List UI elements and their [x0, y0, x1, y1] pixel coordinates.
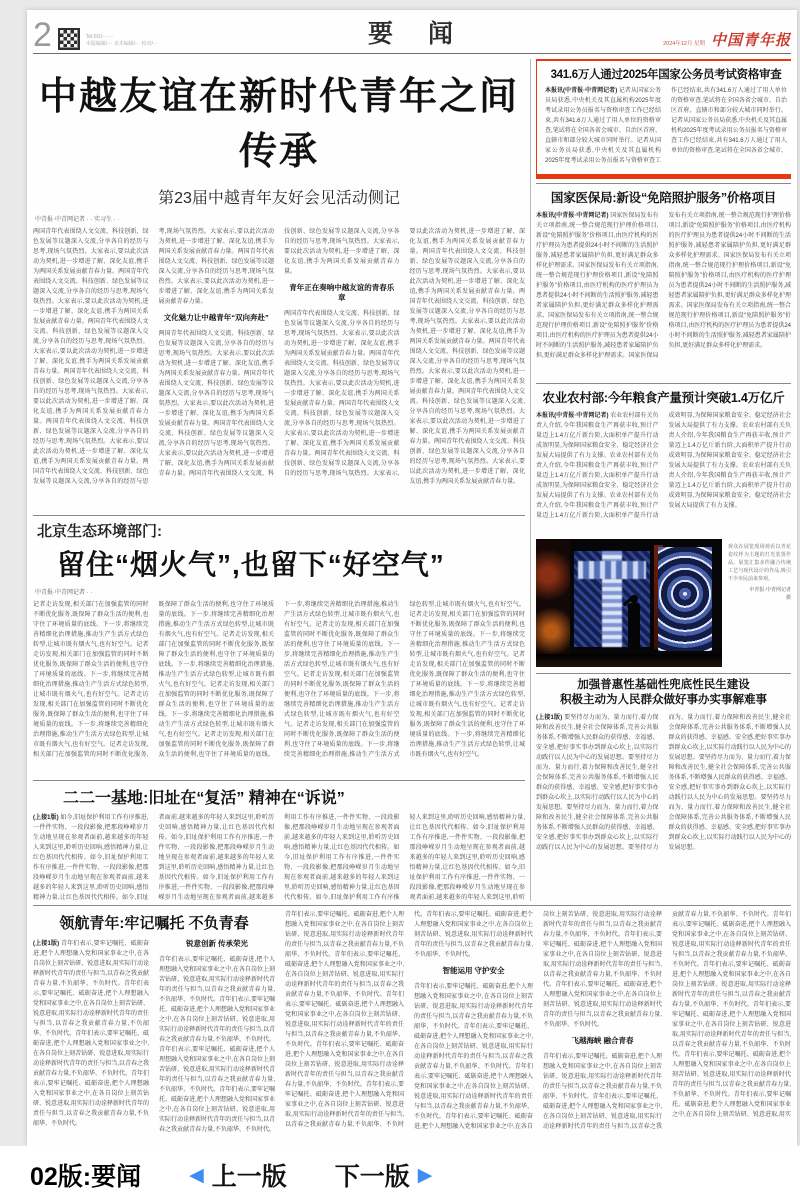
article-plant: 二二一基地:旧址在“复活” 精神在“诉说” (上接1版) 如今,旧址保护利用工作…	[33, 785, 525, 901]
left-zone: 中越友谊在新时代青年之间传承 第23届中越青年友好会见活动侧记 中青报·中青网记…	[33, 59, 525, 901]
continuation-lead-tag: (上接1版)	[536, 715, 562, 721]
newspaper-page: 2 Tel:010-······ 本版编辑/··· 美术编辑/··· 校对/··…	[27, 10, 797, 1146]
newspaper-logo: 中国青年报	[711, 29, 791, 50]
footer-page-label: 02版:要闻	[30, 1157, 141, 1193]
air-byline: 中青报·中青网记者 · ·	[35, 587, 525, 596]
divider-full	[33, 905, 791, 906]
divider	[33, 515, 525, 516]
continuation-headline-line2: 积极主动为人民群众做好事办实事解难事	[536, 693, 791, 708]
masthead-phone: Tel:010-······	[86, 34, 158, 41]
red-highlight-box: 341.6万人通过2025年国家公务员考试资格审查 本报讯(中青报·中青网记者)…	[536, 59, 791, 179]
main-subheadline: 第23届中越青年友好会见活动侧记	[33, 185, 525, 208]
page-number: 2	[33, 20, 52, 50]
main-headline: 中越友谊在新时代青年之间传承	[33, 65, 525, 175]
masthead-right: 2024年12月 星期 中国青年报	[663, 29, 791, 50]
air-headline: 留住“烟火气”,也留下“好空气”	[57, 543, 525, 583]
medical-dateline: 本报讯(中青报·中青网记者)	[536, 213, 609, 219]
article-continuation: 加强普惠性基础性兜底性民生建设 积极主动为人民群众做好事办实事解难事 (上接1版…	[536, 678, 791, 891]
article-air: 北京生态环境部门: 留住“烟火气”,也留下“好空气” 中青报·中青网记者 · ·…	[33, 520, 525, 776]
masthead-credits: Tel:010-······ 本版编辑/··· 美术编辑/··· 校对/···	[86, 34, 158, 48]
photo-caption: 观众在展览现场观看以青花瓷纹样为主题的灯光装置作品。展览汇集多件融合传统工艺与现…	[728, 539, 791, 669]
divider	[536, 383, 791, 384]
air-body: 记者走访发现,相关部门在加强监管的同时不断优化服务,既保障了群众生活的便利,也守…	[33, 600, 525, 776]
photo-visitor-silhouette	[628, 603, 640, 653]
bottom-crosshead-right: 飞越海峡 融合青春	[547, 1036, 658, 1046]
medical-body: 本报讯(中青报·中青网记者) 国家医保局发布有关立项指南,统一整合规范现行护理价…	[536, 211, 791, 379]
medical-headline: 国家医保局:新设“免陪照护服务”价格项目	[536, 188, 791, 206]
exam-dateline: 本报讯(中青报·中青网记者)	[545, 88, 617, 94]
main-crosshead-1: 文化魅力让中越青年“双向奔赴”	[163, 313, 271, 323]
exam-body: 本报讯(中青报·中青网记者) 记者从国家公务员局获悉,中央机关及其直属机构202…	[545, 86, 787, 170]
article-grain: 农业农村部:今年粮食产量预计突破1.4万亿斤 本报讯(中青报·中青网记者) 农业…	[536, 388, 791, 533]
air-kicker: 北京生态环境部门:	[37, 520, 525, 541]
plant-body: (上接1版) 如今,旧址保护利用工作有序推进,一件件实物、一段段影像,把那段峥嵘…	[33, 813, 525, 901]
bottom-body-left: (上接1版) 青年们表示,要牢记嘱托、砥砺奋进,把个人理想融入党和国家事业之中,…	[33, 939, 275, 1135]
main-byline: 中青报·中青网记者 · · 实习生 · ·	[35, 214, 525, 223]
bottom-headline: 领航青年:牢记嘱托 不负青春	[33, 912, 275, 933]
photo-kaleidoscope-panel	[658, 547, 712, 651]
next-page-text[interactable]: 下一版	[335, 1157, 410, 1193]
divider	[536, 183, 791, 184]
main-crosshead-2: 青年正在奏响中越友谊的青春乐章	[288, 283, 396, 303]
continuation-headline-line1: 加强普惠性基础性兜底性民生建设	[536, 678, 791, 693]
qr-code-icon	[58, 28, 80, 50]
article-main: 中越友谊在新时代青年之间传承 第23届中越青年友好会见活动侧记 中青报·中青网记…	[33, 65, 525, 511]
exam-headline: 341.6万人通过2025年国家公务员考试资格审查	[545, 66, 787, 82]
content-columns: 中越友谊在新时代青年之间传承 第23届中越青年友好会见活动侧记 中青报·中青网记…	[33, 59, 791, 901]
grain-headline: 农业农村部:今年粮食产量预计突破1.4万亿斤	[536, 388, 791, 406]
main-body: 两国青年代表围绕人文交流、科技创新、绿色发展等议题深入交流,分享各自的经历与思考…	[33, 227, 525, 511]
plant-headline: 二二一基地:旧址在“复活” 精神在“诉说”	[63, 785, 525, 808]
article-bottom: 领航青年:牢记嘱托 不负青春 (上接1版) 青年们表示,要牢记嘱托、砥砺奋进,把…	[33, 910, 791, 1138]
plant-lead-tag: (上接1版)	[33, 815, 59, 821]
bottom-right-columns: 青年们表示,要牢记嘱托、砥砺奋进,把个人理想融入党和国家事业之中,在各自岗位上刻…	[285, 910, 791, 1138]
bottom-body-right: 青年们表示,要牢记嘱托、砥砺奋进,把个人理想融入党和国家事业之中,在各自岗位上刻…	[285, 910, 791, 1138]
continuation-body: (上接1版) 要坚持尽力而为、量力而行,着力保障和改善民生,健全社会保障体系,完…	[536, 713, 791, 891]
photo-block: 观众在展览现场观看以青花瓷纹样为主题的灯光装置作品。展览汇集多件融合传统工艺与现…	[536, 539, 791, 669]
bottom-lead-tag: (上接1版)	[33, 941, 59, 947]
divider	[33, 780, 525, 781]
photo-gallery-glow	[536, 539, 570, 667]
prev-arrow-icon[interactable]: ◀	[189, 1166, 204, 1185]
next-page-link[interactable]: 下一版 ▶	[335, 1157, 433, 1193]
masthead: 2 Tel:010-······ 本版编辑/··· 美术编辑/··· 校对/··…	[33, 16, 791, 54]
section-title: 要 闻	[158, 14, 663, 50]
right-zone: 341.6万人通过2025年国家公务员考试资格审查 本报讯(中青报·中青网记者)…	[536, 59, 791, 901]
divider	[536, 673, 791, 674]
bottom-crosshead-left: 锐意创新 传承荣光	[163, 939, 271, 949]
news-photo	[536, 539, 722, 667]
bottom-crosshead-mid: 智能运用 守护安全	[418, 966, 529, 976]
next-arrow-icon[interactable]: ▶	[418, 1166, 433, 1185]
masthead-editors: 本版编辑/··· 美术编辑/··· 校对/···	[86, 41, 158, 48]
photo-floor	[536, 654, 722, 667]
bottom-left-columns: 领航青年:牢记嘱托 不负青春 (上接1版) 青年们表示,要牢记嘱托、砥砺奋进,把…	[33, 910, 275, 1138]
photo-credit: 中青报·中青网记者 摄	[728, 586, 791, 602]
grain-dateline: 本报讯(中青报·中青网记者)	[536, 413, 609, 419]
prev-page-link[interactable]: ◀ 上一版	[189, 1157, 287, 1193]
grain-body: 本报讯(中青报·中青网记者) 农业农村部有关负责人介绍,今年我国粮食生产再获丰收…	[536, 411, 791, 533]
article-medical: 国家医保局:新设“免陪照护服务”价格项目 本报讯(中青报·中青网记者) 国家医保…	[536, 188, 791, 379]
footer-nav-bar: 02版:要闻 ◀ 上一版 下一版 ▶	[0, 1146, 800, 1204]
vertical-divider	[530, 59, 531, 901]
prev-page-text[interactable]: 上一版	[212, 1157, 287, 1193]
epaper-viewer: { "colors": { "accent_red": "#e63912", "…	[0, 0, 800, 1204]
date-note: 2024年12月 星期	[663, 39, 705, 47]
